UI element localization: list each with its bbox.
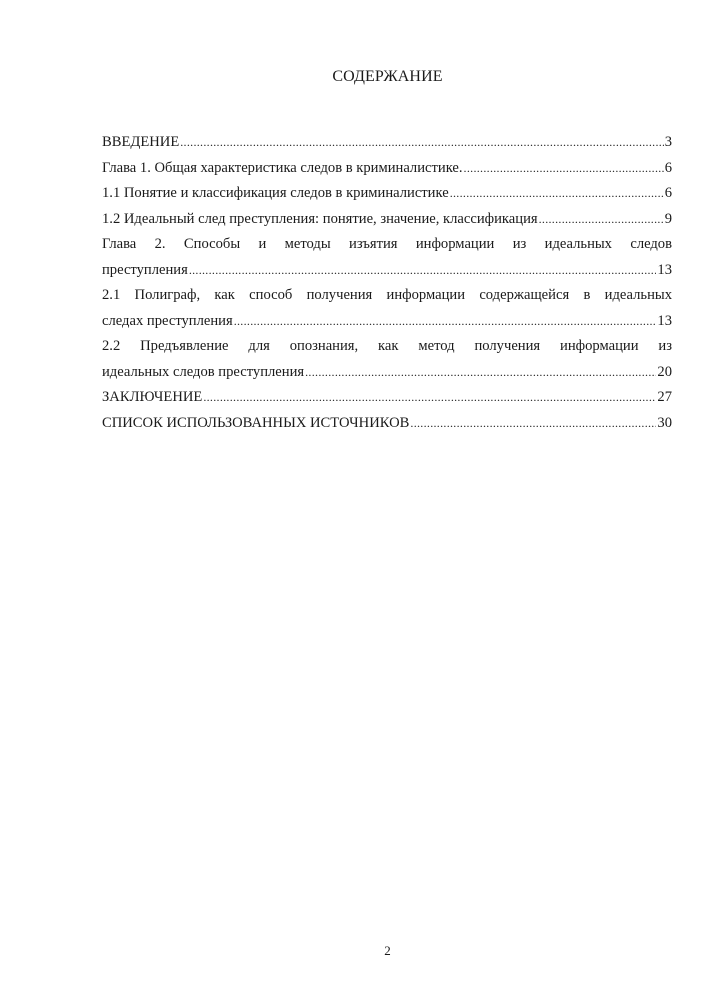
toc-entry-text: ВВЕДЕНИЕ bbox=[102, 130, 179, 156]
toc-entry-text: 2.2 Предъявление для опознания, как мето… bbox=[102, 334, 672, 360]
table-of-contents: ВВЕДЕНИЕ 3 Глава 1. Общая характеристика… bbox=[102, 130, 672, 436]
dot-leader bbox=[189, 258, 657, 284]
toc-entry-text: ЗАКЛЮЧЕНИЕ bbox=[102, 385, 202, 411]
dot-leader bbox=[180, 130, 663, 156]
toc-entry-text: 1.2 Идеальный след преступления: понятие… bbox=[102, 207, 538, 233]
toc-entry-chapter-2[interactable]: Глава 2. Способы и методы изъятия информ… bbox=[102, 232, 672, 283]
toc-entry-section-1-2[interactable]: 1.2 Идеальный след преступления: понятие… bbox=[102, 207, 672, 233]
toc-entry-chapter-1[interactable]: Глава 1. Общая характеристика следов в к… bbox=[102, 156, 672, 182]
toc-entry-section-2-2[interactable]: 2.2 Предъявление для опознания, как мето… bbox=[102, 334, 672, 385]
toc-entry-text: СПИСОК ИСПОЛЬЗОВАННЫХ ИСТОЧНИКОВ bbox=[102, 411, 409, 437]
toc-entry-text: Глава 2. Способы и методы изъятия информ… bbox=[102, 232, 672, 258]
page-title: СОДЕРЖАНИЕ bbox=[0, 68, 708, 86]
dot-leader bbox=[203, 385, 656, 411]
toc-page-number: 3 bbox=[665, 130, 672, 156]
toc-page-number: 6 bbox=[665, 156, 672, 182]
toc-entry-section-2-1[interactable]: 2.1 Полиграф, как способ получения инфор… bbox=[102, 283, 672, 334]
page-number-footer: 2 bbox=[0, 943, 708, 959]
toc-entry-text: 2.1 Полиграф, как способ получения инфор… bbox=[102, 283, 672, 309]
dot-leader bbox=[464, 156, 664, 182]
dot-leader bbox=[410, 411, 656, 437]
toc-entry-text: 1.1 Понятие и классификация следов в кри… bbox=[102, 181, 449, 207]
toc-page-number: 9 bbox=[665, 207, 672, 233]
toc-page-number: 6 bbox=[665, 181, 672, 207]
toc-entry-references[interactable]: СПИСОК ИСПОЛЬЗОВАННЫХ ИСТОЧНИКОВ 30 bbox=[102, 411, 672, 437]
toc-page-number: 20 bbox=[657, 360, 672, 386]
toc-entry-conclusion[interactable]: ЗАКЛЮЧЕНИЕ 27 bbox=[102, 385, 672, 411]
dot-leader bbox=[234, 309, 657, 335]
toc-page-number: 13 bbox=[657, 258, 672, 284]
toc-entry-introduction[interactable]: ВВЕДЕНИЕ 3 bbox=[102, 130, 672, 156]
dot-leader bbox=[305, 360, 656, 386]
toc-entry-text: Глава 1. Общая характеристика следов в к… bbox=[102, 156, 463, 182]
toc-entry-text-continued: идеальных следов преступления bbox=[102, 360, 304, 386]
toc-entry-section-1-1[interactable]: 1.1 Понятие и классификация следов в кри… bbox=[102, 181, 672, 207]
document-page: СОДЕРЖАНИЕ ВВЕДЕНИЕ 3 Глава 1. Общая хар… bbox=[0, 0, 708, 1000]
toc-page-number: 27 bbox=[657, 385, 672, 411]
toc-page-number: 13 bbox=[657, 309, 672, 335]
dot-leader bbox=[450, 181, 664, 207]
toc-page-number: 30 bbox=[657, 411, 672, 437]
toc-entry-text-continued: следах преступления bbox=[102, 309, 233, 335]
toc-entry-text-continued: преступления bbox=[102, 258, 188, 284]
dot-leader bbox=[539, 207, 664, 233]
